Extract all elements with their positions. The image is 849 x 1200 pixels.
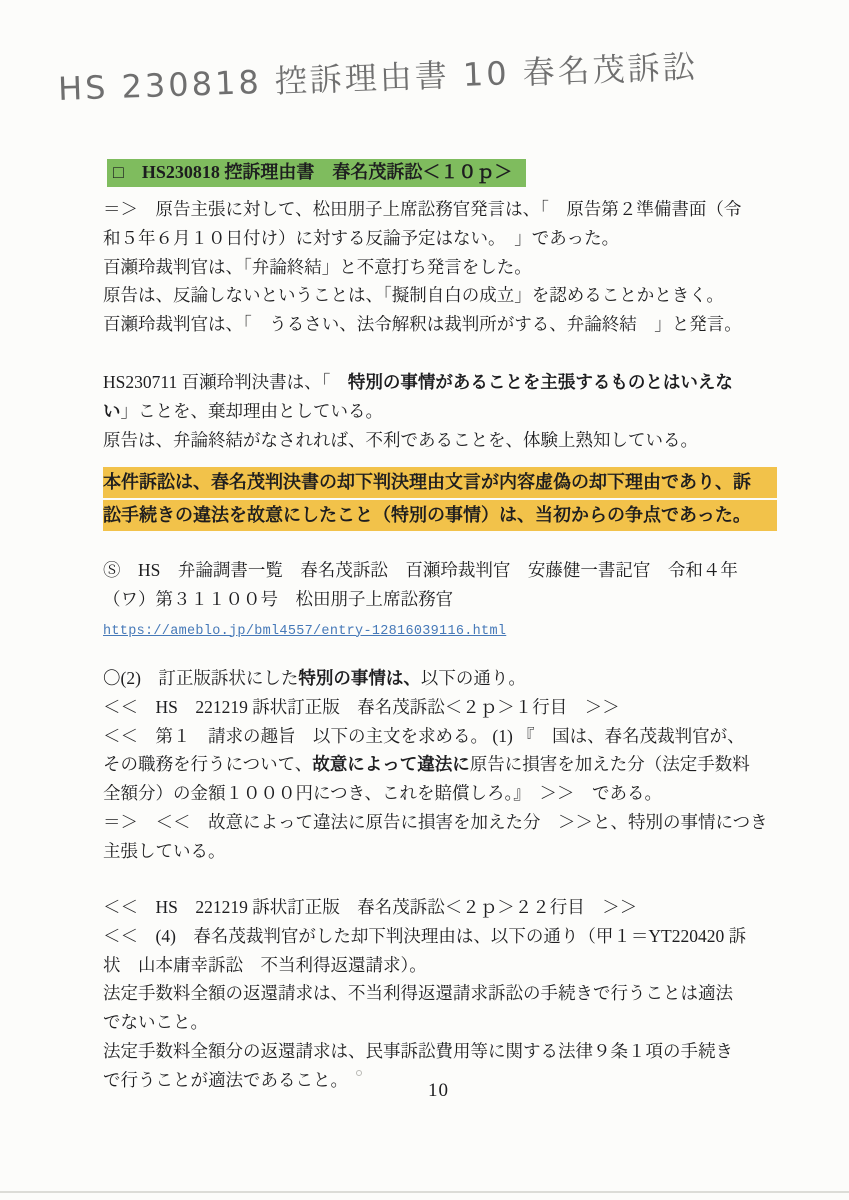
text-line: 原告は、反論しないということは、「擬制自白の成立」を認めることかときく。: [103, 281, 813, 310]
section-title-text: HS230818 控訴理由書 春名茂訴訟＜１０ｐ＞: [124, 162, 513, 182]
text-line: ＜＜ HS 221219 訴状訂正版 春名茂訴訟＜２ｐ＞１行目 ＞＞: [103, 693, 813, 722]
page-number: 10: [0, 1080, 849, 1102]
handwritten-note: HS 230818 控訴理由書 10 春名茂訴訟: [57, 42, 698, 110]
text-line: （ワ）第３１１００号 松田朋子上席訟務官: [103, 585, 813, 614]
paragraph-hearing: ＝＞ 原告主張に対して、松田朋子上席訟務官発言は、「 原告第２準備書面（令 和５…: [103, 195, 813, 339]
text-line: ＝＞ ＜＜ 故意によって違法に原告に損害を加えた分 ＞＞と、特別の事情につき: [103, 808, 813, 837]
text-line: 状 山本庸幸訴訟 不当利得返還請求）。: [103, 951, 813, 980]
scan-speck: [356, 1070, 362, 1076]
text-line: その職務を行うについて、故意によって違法に原告に損害を加えた分（法定手数料: [103, 750, 813, 779]
paragraph-reason: ＜＜ HS 221219 訴状訂正版 春名茂訴訟＜２ｐ＞２２行目 ＞＞ ＜＜ (…: [103, 893, 813, 1095]
text-line: ＜＜ 第１ 請求の趣旨 以下の主文を求める。 (1) 『 国は、春名茂裁判官が、: [103, 722, 813, 751]
text-line: HS230711 百瀬玲判決書は、「 特別の事情があることを主張するものとはいえ…: [103, 368, 813, 397]
text-line: 主張している。: [103, 837, 813, 866]
text-line: い」ことを、棄却理由としている。: [103, 397, 813, 426]
scan-edge-line: [0, 1191, 849, 1193]
text-line: でないこと。: [103, 1008, 813, 1037]
highlighted-claim-line-2: 訟手続きの違法を故意にしたこと（特別の事情）は、当初からの争点であった。: [103, 500, 777, 531]
paragraph-reference: Ⓢ HS 弁論調書一覧 春名茂訴訟 百瀬玲裁判官 安藤健一書記官 令和４年 （ワ…: [103, 556, 813, 642]
text-line: ＜＜ (4) 春名茂裁判官がした却下判決理由は、以下の通り（甲１＝YT22042…: [103, 922, 813, 951]
text-line: 法定手数料全額分の返還請求は、民事訴訟費用等に関する法律９条１項の手続き: [103, 1037, 813, 1066]
document-page: HS 230818 控訴理由書 10 春名茂訴訟 □ HS230818 控訴理由…: [0, 0, 849, 1200]
ameblo-link[interactable]: https://ameblo.jp/bml4557/entry-12816039…: [103, 624, 506, 639]
text-line: 百瀬玲裁判官は、「弁論終結」と不意打ち発言をした。: [103, 253, 813, 282]
highlighted-claim-line-1: 本件訴訟は、春名茂判決書の却下判決理由文言が内容虚偽の却下理由であり、訴: [103, 467, 777, 498]
text-line: 和５年６月１０日付け）に対する反論予定はない。 」であった。: [103, 224, 813, 253]
text-line: 〇(2) 訂正版訴状にした特別の事情は、以下の通り。: [103, 664, 813, 693]
text-line: 原告は、弁論終結がなされれば、不利であることを、体験上熟知している。: [103, 426, 813, 455]
text-line: 法定手数料全額の返還請求は、不当利得返還請求訴訟の手続きで行うことは適法: [103, 979, 813, 1008]
text-line: 全額分）の金額１０００円につき、これを賠償しろ。』 ＞＞ である。: [103, 779, 813, 808]
checkbox-icon: □: [113, 162, 124, 182]
section-title-highlighted: □ HS230818 控訴理由書 春名茂訴訟＜１０ｐ＞: [107, 159, 526, 187]
paragraph-correction: 〇(2) 訂正版訴状にした特別の事情は、以下の通り。 ＜＜ HS 221219 …: [103, 664, 813, 866]
paragraph-judgment: HS230711 百瀬玲判決書は、「 特別の事情があることを主張するものとはいえ…: [103, 368, 813, 454]
text-line: ＜＜ HS 221219 訴状訂正版 春名茂訴訟＜２ｐ＞２２行目 ＞＞: [103, 893, 813, 922]
link-line: https://ameblo.jp/bml4557/entry-12816039…: [103, 614, 813, 643]
text-line: ＝＞ 原告主張に対して、松田朋子上席訟務官発言は、「 原告第２準備書面（令: [103, 195, 813, 224]
text-line: Ⓢ HS 弁論調書一覧 春名茂訴訟 百瀬玲裁判官 安藤健一書記官 令和４年: [103, 556, 813, 585]
text-line: 百瀬玲裁判官は、「 うるさい、法令解釈は裁判所がする、弁論終結 」と発言。: [103, 310, 813, 339]
